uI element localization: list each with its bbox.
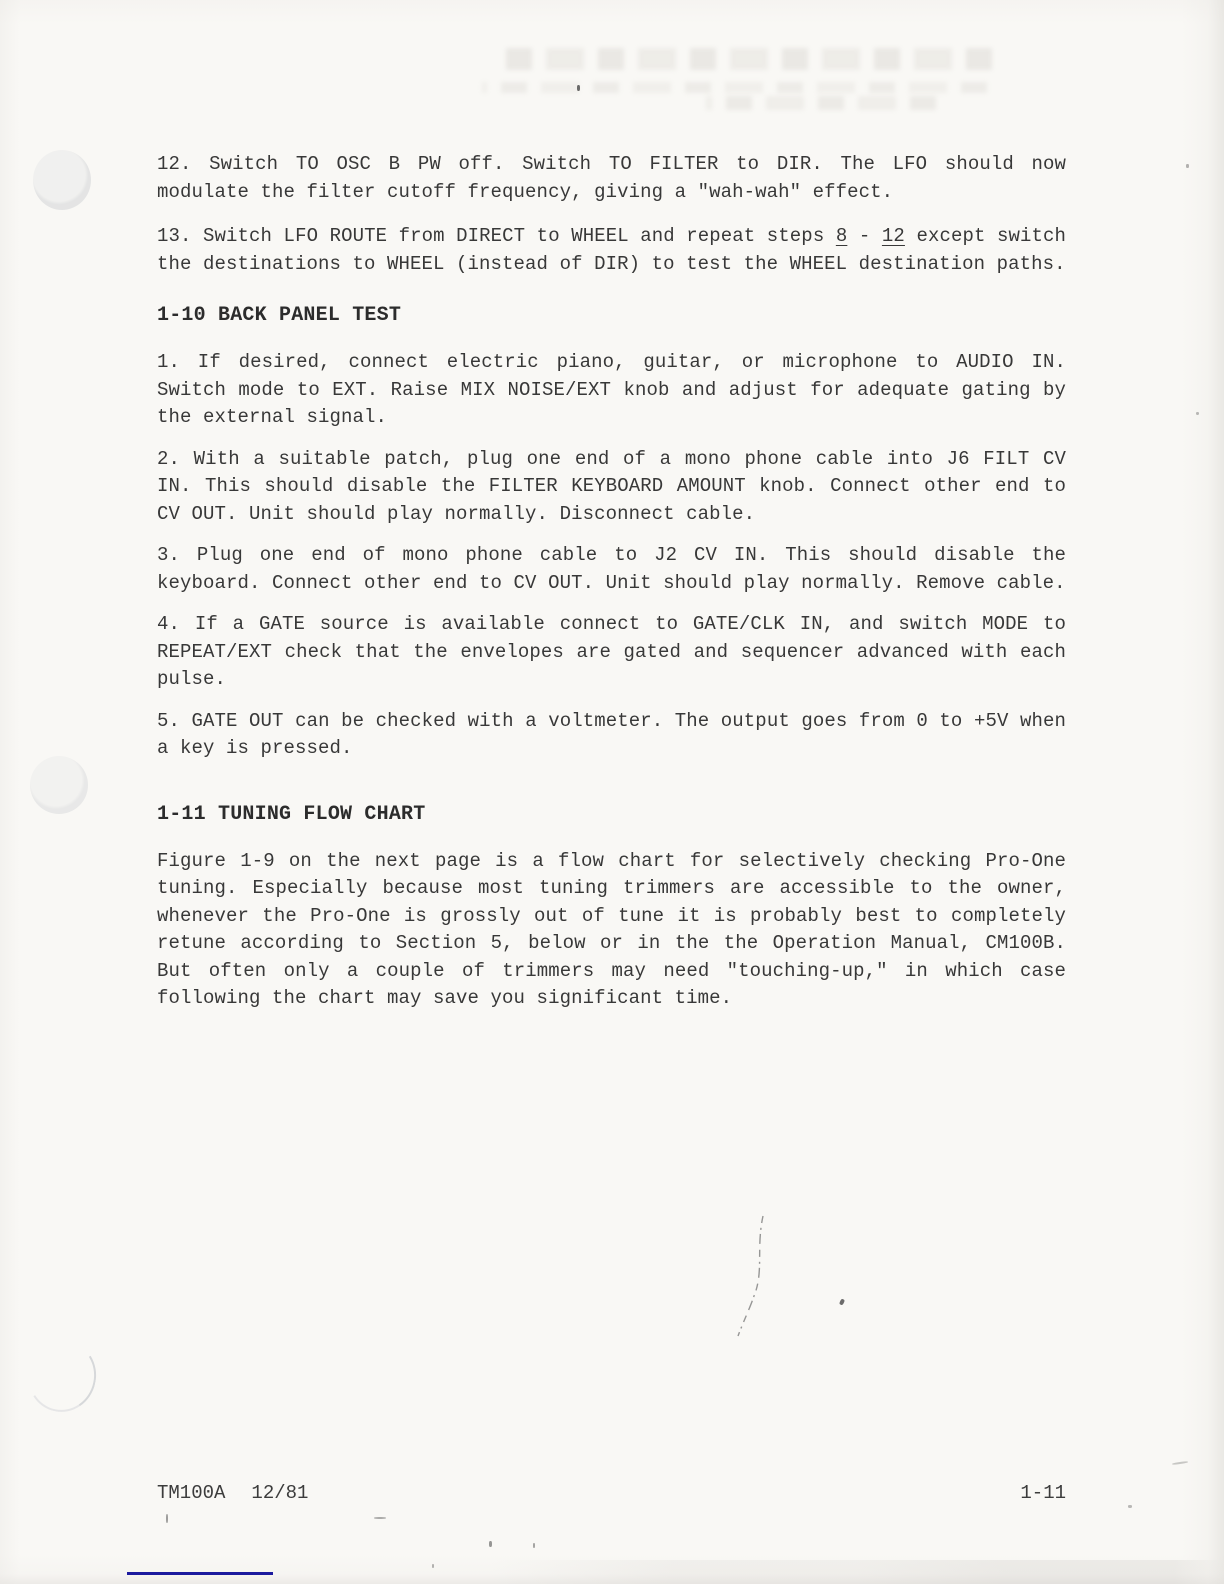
step-reference-12: 12 [882, 225, 905, 247]
document-body: 12. Switch TO OSC B PW off. Switch TO FI… [157, 151, 1066, 1027]
page-number: 1-11 [1020, 1482, 1066, 1504]
step-reference-8: 8 [836, 225, 848, 247]
blue-ink-line [127, 1572, 273, 1575]
ink-speck [577, 85, 580, 91]
back-panel-step-3: 3. Plug one end of mono phone cable to J… [157, 542, 1066, 597]
document-code: TM100A12/81 [157, 1482, 308, 1504]
step-reference-separator: - [847, 225, 882, 247]
procedure-step-13: 13. Switch LFO ROUTE from DIRECT to WHEE… [157, 223, 1066, 278]
ink-speck [1128, 1505, 1132, 1508]
ink-speck [533, 1543, 535, 1548]
scratch-mark [730, 1214, 786, 1340]
hole-punch-smudge-bottom [21, 1334, 102, 1419]
section-heading-back-panel-test: 1-10 BACK PANEL TEST [157, 302, 1066, 329]
tuning-flow-chart-paragraph: Figure 1-9 on the next page is a flow ch… [157, 848, 1066, 1013]
step-13-text: 13. Switch LFO ROUTE from DIRECT to WHEE… [157, 225, 836, 247]
ink-speck [839, 1298, 845, 1305]
ink-speck [1186, 164, 1189, 168]
hole-punch-smudge-middle [30, 756, 88, 814]
ink-speck [489, 1541, 492, 1547]
back-panel-step-5: 5. GATE OUT can be checked with a voltme… [157, 708, 1066, 763]
back-panel-step-4: 4. If a GATE source is available connect… [157, 611, 1066, 694]
ink-speck [1196, 412, 1199, 415]
page-footer: TM100A12/81 1-11 [157, 1482, 1066, 1504]
hole-punch-smudge-top [33, 150, 91, 210]
procedure-step-12: 12. Switch TO OSC B PW off. Switch TO FI… [157, 151, 1066, 206]
scan-edge-shadow [0, 1560, 1224, 1584]
ink-speck [166, 1514, 168, 1523]
revision-date: 12/81 [251, 1482, 308, 1504]
back-panel-step-1: 1. If desired, connect electric piano, g… [157, 349, 1066, 432]
ink-speck [1172, 1461, 1188, 1465]
document-code-label: TM100A [157, 1482, 225, 1504]
bleed-through-text-line3 [706, 96, 936, 110]
ink-speck [374, 1517, 386, 1519]
ink-speck [432, 1564, 434, 1568]
scanned-manual-page: 12. Switch TO OSC B PW off. Switch TO FI… [0, 0, 1224, 1584]
back-panel-step-2: 2. With a suitable patch, plug one end o… [157, 446, 1066, 529]
section-heading-tuning-flow-chart: 1-11 TUNING FLOW CHART [157, 801, 1066, 828]
bleed-through-text-line2 [482, 82, 987, 93]
bleed-through-text-line1 [492, 48, 992, 70]
